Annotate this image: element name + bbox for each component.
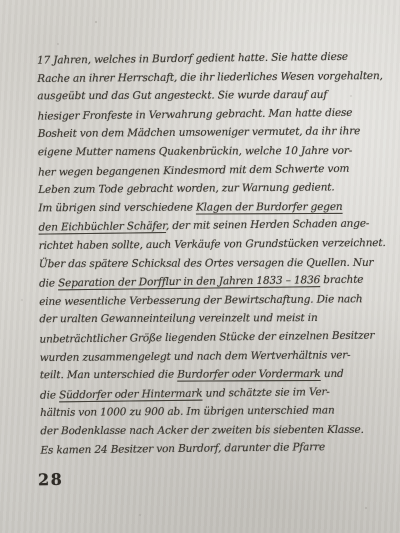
text-segment: brachte: [320, 274, 363, 287]
scanned-page: 17 Jahren, welches in Burdorf gedient ha…: [0, 0, 400, 533]
underlined-text: Separation der Dorfflur in den Jahren 18…: [58, 274, 320, 289]
text-segment: Über das spätere Schicksal des Ortes ver…: [39, 256, 374, 269]
text-segment: und: [321, 368, 344, 380]
text-segment: eine wesentliche Verbesserung der Bewirt…: [39, 293, 362, 308]
text-segment: die: [39, 277, 58, 289]
text-line: hiesiger Fronfeste in Verwahrung gebrach…: [37, 103, 385, 126]
text-segment: Rache an ihrer Herrschaft, die ihr liede…: [37, 70, 383, 85]
handwritten-text: 17 Jahren, welches in Burdorf gedient ha…: [37, 48, 389, 460]
text-line: wurden zusammengelegt und nach dem Wertv…: [40, 345, 388, 367]
text-line: die Süddorfer oder Hintermark und schätz…: [40, 382, 388, 405]
text-segment: unbeträchtlicher Größe liegenden Stücke …: [39, 329, 374, 345]
text-segment: der uralten Gewanneinteilung vereinzelt …: [39, 312, 317, 325]
text-segment: teilt. Man unterschied die: [40, 369, 177, 382]
text-line: Bosheit von dem Mädchen umsoweniger verm…: [38, 122, 386, 144]
text-segment: eigene Mutter namens Quakenbrückin, welc…: [38, 145, 352, 158]
text-line: eigene Mutter namens Quakenbrückin, welc…: [38, 142, 386, 162]
text-segment: ausgeübt und das Gut angesteckt. Sie wur…: [37, 89, 327, 102]
text-segment: 17 Jahren, welches in Burdorf gedient ha…: [37, 51, 348, 67]
underlined-text: Klagen der Burdorfer gegen: [196, 201, 343, 214]
page-number: 28: [38, 470, 64, 489]
text-segment: die: [40, 389, 59, 401]
underlined-text: Burdorfer oder Vordermark: [177, 368, 320, 381]
underlined-text: Süddorfer oder Hintermark: [59, 387, 203, 401]
text-segment: her wegen begangenen Kindesmord mit dem …: [38, 162, 349, 178]
text-segment: Es kamen 24 Besitzer von Burdorf, darunt…: [40, 442, 325, 457]
text-segment: Bosheit von dem Mädchen umsoweniger verm…: [38, 126, 361, 141]
text-line: Es kamen 24 Besitzer von Burdorf, darunt…: [40, 438, 388, 461]
text-segment: hiesiger Fronfeste in Verwahrung gebrach…: [37, 107, 352, 123]
text-segment: Im übrigen sind verschiedene: [38, 201, 196, 214]
text-line: teilt. Man unterschied die Burdorfer ode…: [40, 365, 388, 385]
text-segment: der Bodenklasse nach Acker der zweiten b…: [40, 424, 364, 437]
text-segment: wurden zusammengelegt und nach dem Wertv…: [40, 349, 351, 364]
text-segment: hältnis von 1000 zu 900 ab. Im übrigen u…: [40, 405, 334, 420]
text-segment: richtet haben sollte, auch Verkäufe von …: [39, 237, 386, 252]
text-line: her wegen begangenen Kindesmord mit dem …: [38, 159, 386, 182]
text-line: Rache an ihrer Herrschaft, die ihr liede…: [37, 67, 385, 89]
text-segment: und schätzte sie im Ver-: [202, 386, 329, 400]
text-segment: , der mit seinen Herden Schaden ange-: [166, 218, 370, 232]
underlined-text: den Eichbüchler Schäfer: [38, 220, 166, 234]
text-line: richtet haben sollte, auch Verkäufe von …: [39, 234, 387, 256]
text-segment: Leben zum Tode gebracht worden, zur Warn…: [38, 182, 334, 197]
